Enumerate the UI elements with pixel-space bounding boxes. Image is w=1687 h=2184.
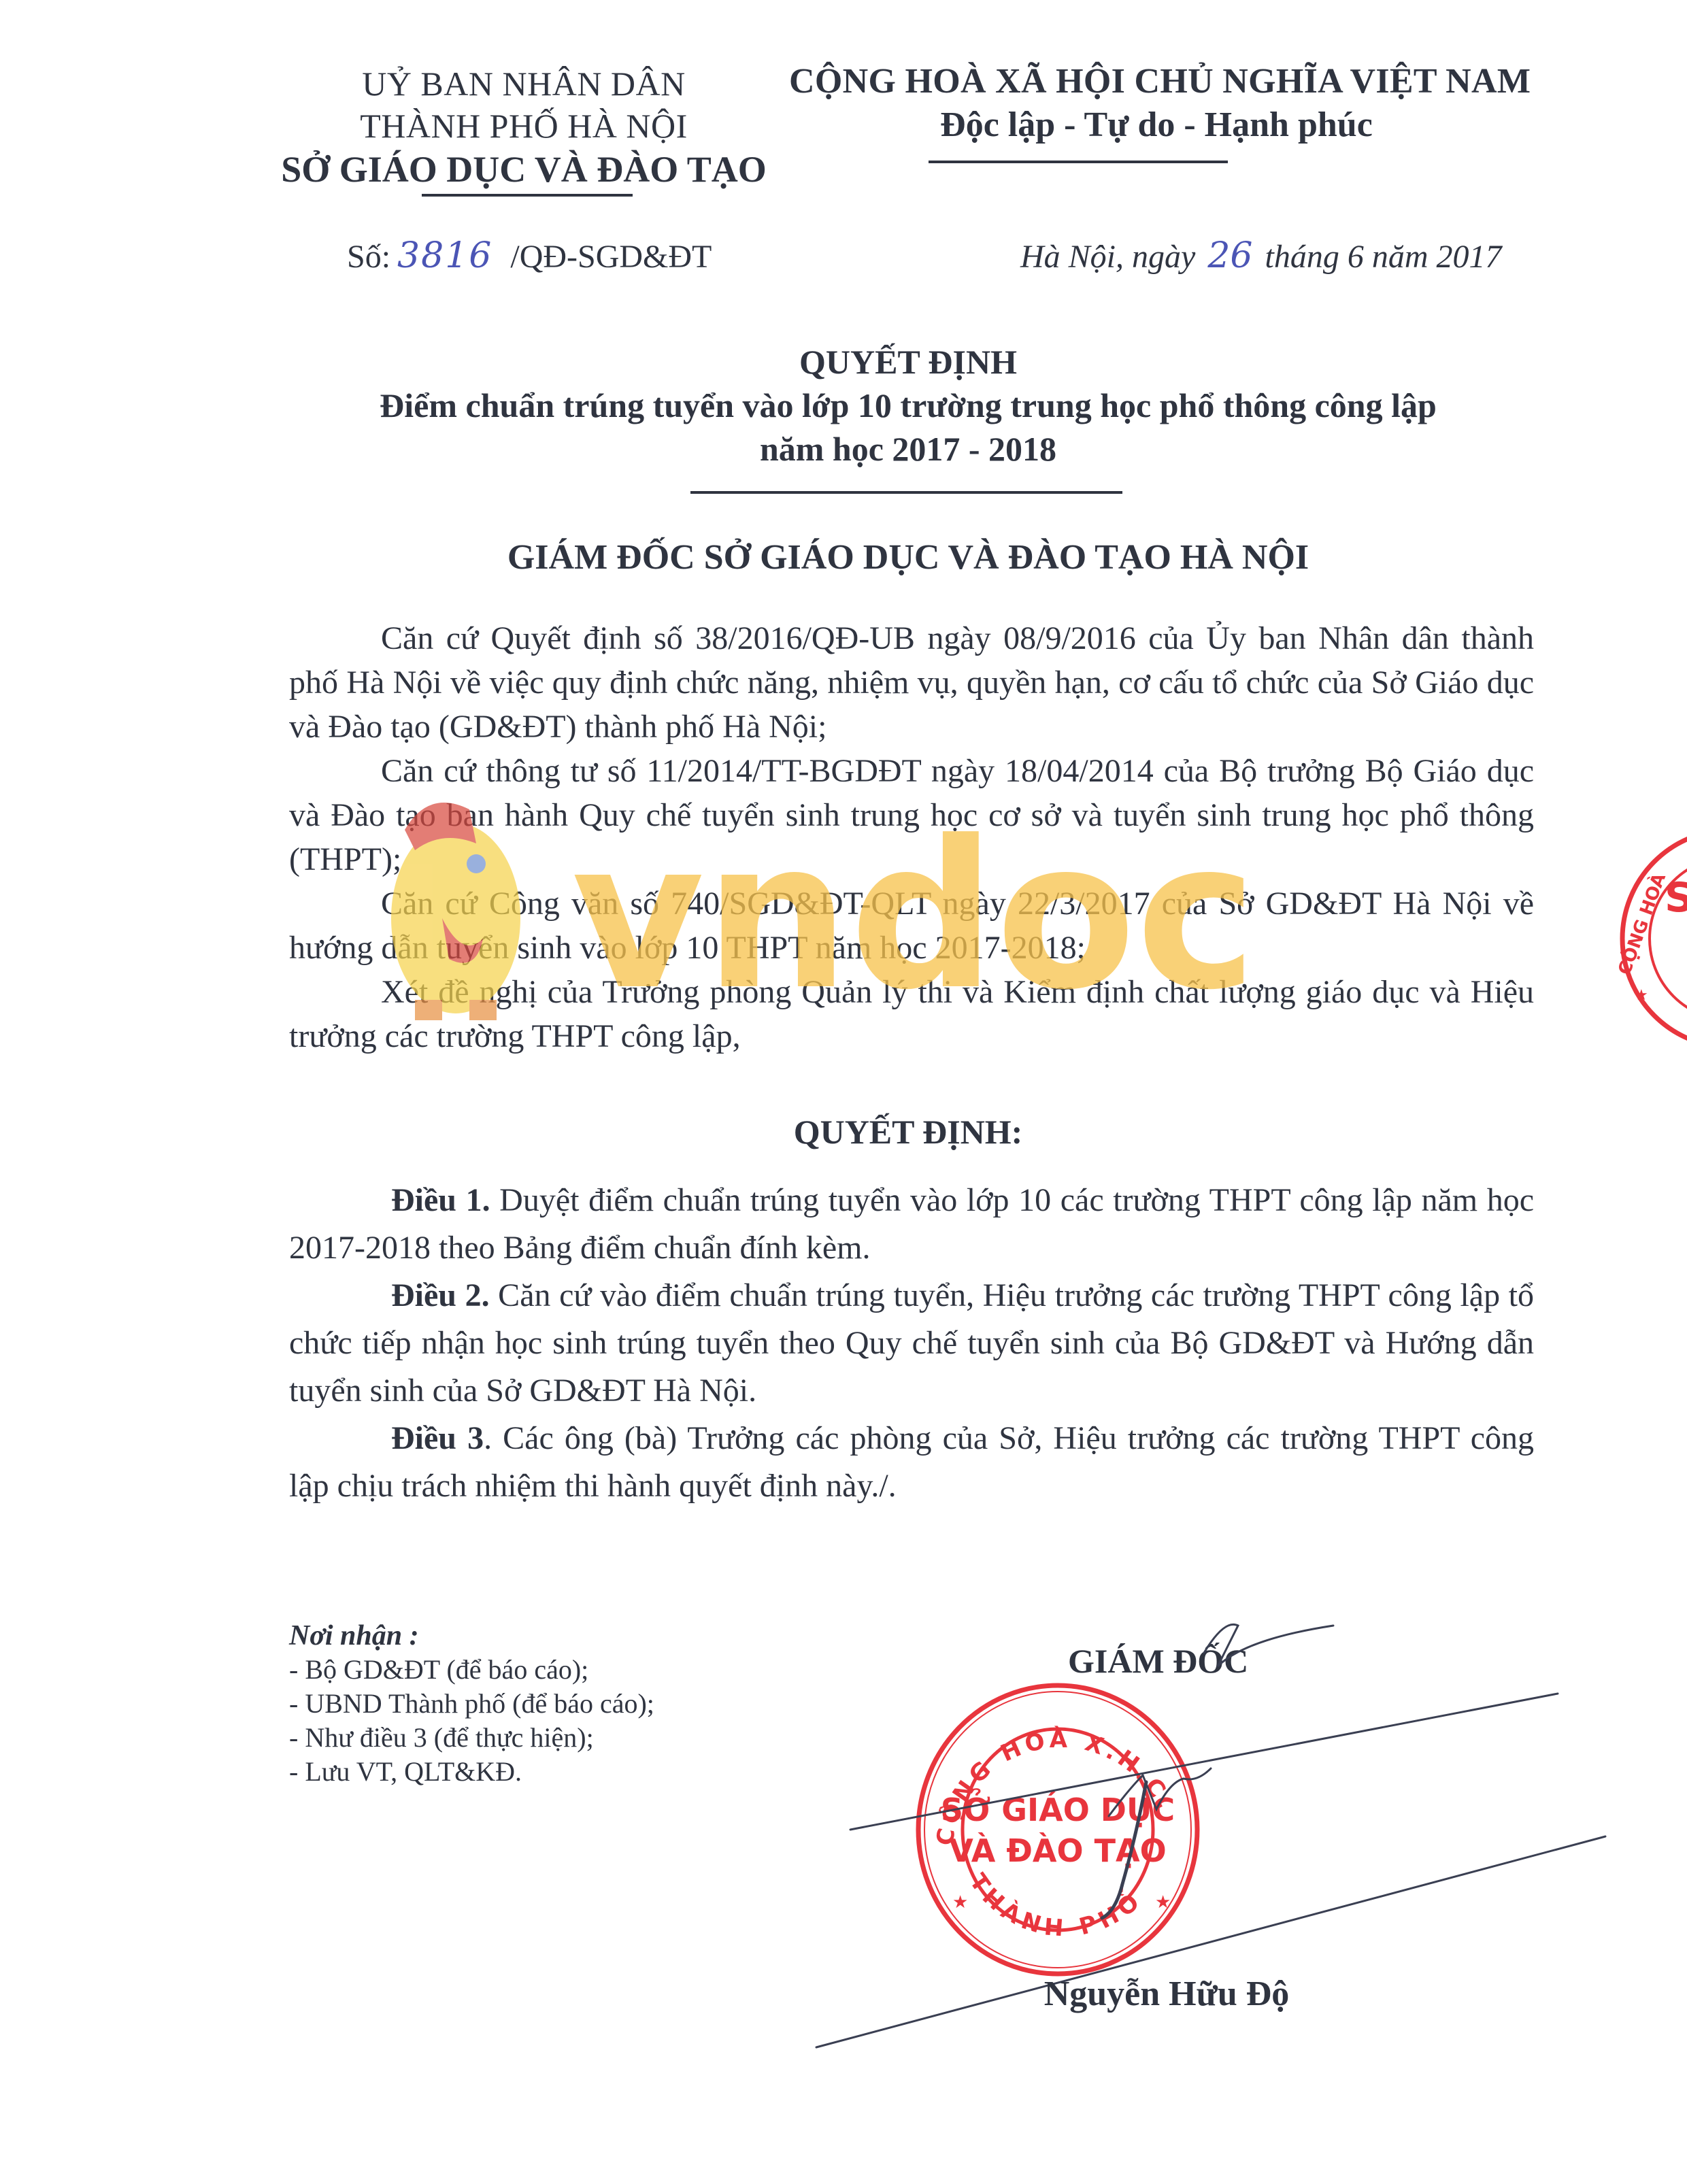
- authority-line-3: SỞ GIÁO DỤC VÀ ĐÀO TẠO: [275, 147, 772, 192]
- document-subject-line-1: Điểm chuẩn trúng tuyển vào lớp 10 trường…: [299, 384, 1517, 427]
- document-number-suffix: /QĐ-SGD&ĐT: [510, 239, 712, 275]
- issuing-authority-header: UỶ BAN NHÂN DÂN THÀNH PHỐ HÀ NỘI SỞ GIÁO…: [275, 63, 772, 192]
- svg-text:★: ★: [1635, 987, 1648, 1004]
- recipient-item: - UBND Thành phố (để báo cáo);: [289, 1687, 765, 1721]
- preamble-paragraph: Căn cứ thông tư số 11/2014/TT-BGDĐT ngày…: [289, 749, 1534, 881]
- article-1: Điều 1. Duyệt điểm chuẩn trúng tuyển vào…: [289, 1177, 1534, 1272]
- decision-heading: QUYẾT ĐỊNH:: [299, 1110, 1517, 1154]
- document-number-prefix: Số:: [347, 239, 390, 275]
- recipient-item: - Bộ GD&ĐT (để báo cáo);: [289, 1653, 765, 1687]
- handwritten-number: 3816: [397, 235, 492, 276]
- document-number: Số:3816/QĐ-SGD&ĐT: [347, 235, 712, 278]
- document-date: Hà Nội, ngày26tháng 6 năm 2017: [1020, 235, 1502, 278]
- document-subject-line-2: năm học 2017 - 2018: [299, 427, 1517, 471]
- document-title: QUYẾT ĐỊNH Điểm chuẩn trúng tuyển vào lớ…: [299, 340, 1517, 471]
- motto-underline: [929, 161, 1228, 163]
- preamble-paragraph: Căn cứ Quyết định số 38/2016/QĐ-UB ngày …: [289, 616, 1534, 749]
- signer-name: Nguyễn Hữu Độ: [1020, 1972, 1313, 2016]
- svg-text:S: S: [1665, 874, 1687, 922]
- article-label: Điều 3: [391, 1420, 484, 1456]
- national-motto-header: CỘNG HOÀ XÃ HỘI CHỦ NGHĨA VIỆT NAM Độc l…: [789, 60, 1524, 147]
- national-motto: Độc lập - Tự do - Hạnh phúc: [789, 103, 1524, 147]
- handwritten-signature-icon: [803, 1612, 1619, 2088]
- document-type: QUYẾT ĐỊNH: [299, 340, 1517, 384]
- page-seal-icon: CỘNG HOÀ ★ S: [1609, 826, 1687, 1051]
- articles: Điều 1. Duyệt điểm chuẩn trúng tuyển vào…: [289, 1177, 1534, 1510]
- authority-underline: [422, 194, 633, 197]
- date-prefix: Hà Nội, ngày: [1020, 239, 1195, 275]
- title-divider: [690, 491, 1122, 494]
- recipients-title: Nơi nhận :: [289, 1619, 765, 1653]
- handwritten-day: 26: [1207, 235, 1252, 276]
- article-2: Điều 2. Căn cứ vào điểm chuẩn trúng tuyể…: [289, 1272, 1534, 1415]
- director-heading: GIÁM ĐỐC SỞ GIÁO DỤC VÀ ĐÀO TẠO HÀ NỘI: [299, 536, 1517, 579]
- article-label: Điều 2.: [391, 1277, 490, 1313]
- article-label: Điều 1.: [391, 1182, 490, 1218]
- article-3: Điều 3. Các ông (bà) Trưởng các phòng củ…: [289, 1415, 1534, 1510]
- recipient-item: - Lưu VT, QLT&KĐ.: [289, 1755, 765, 1789]
- authority-line-1: UỶ BAN NHÂN DÂN: [275, 63, 772, 105]
- preamble: Căn cứ Quyết định số 38/2016/QĐ-UB ngày …: [289, 616, 1534, 1058]
- country-name: CỘNG HOÀ XÃ HỘI CHỦ NGHĨA VIỆT NAM: [789, 60, 1524, 103]
- authority-line-2: THÀNH PHỐ HÀ NỘI: [275, 105, 772, 147]
- preamble-paragraph: Căn cứ Công văn số 740/SGD&ĐT-QLT ngày 2…: [289, 881, 1534, 970]
- date-suffix: tháng 6 năm 2017: [1265, 239, 1502, 275]
- recipients-list: Nơi nhận : - Bộ GD&ĐT (để báo cáo); - UB…: [289, 1619, 765, 1789]
- recipient-item: - Như điều 3 (để thực hiện);: [289, 1721, 765, 1755]
- preamble-paragraph: Xét đề nghị của Trưởng phòng Quản lý thi…: [289, 970, 1534, 1058]
